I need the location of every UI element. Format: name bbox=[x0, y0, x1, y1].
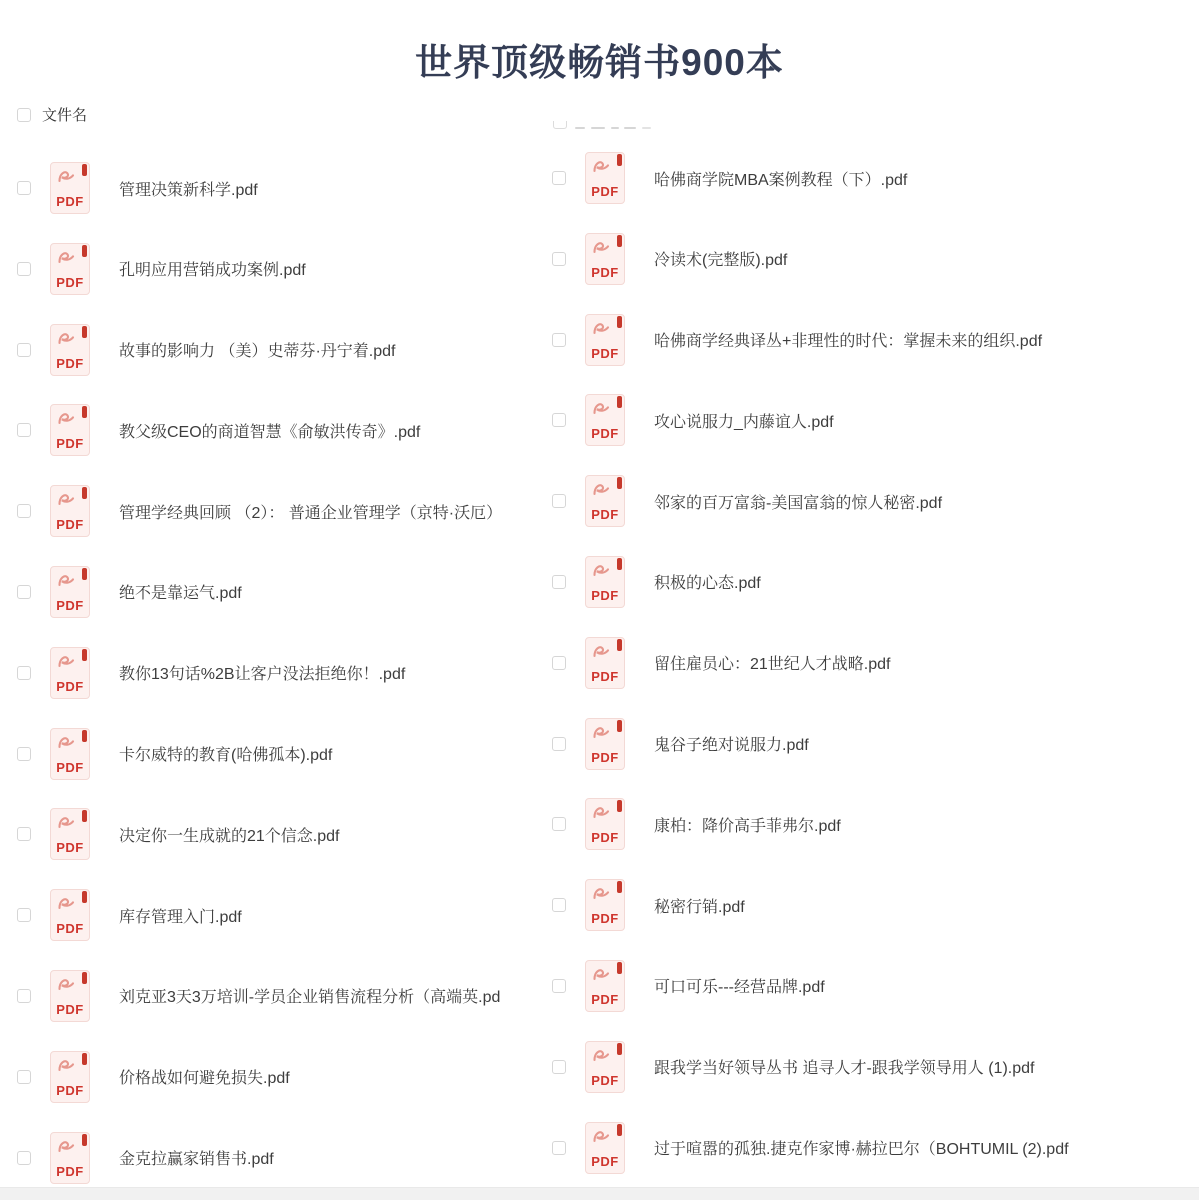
pdf-file-icon: PDF bbox=[585, 394, 625, 446]
file-checkbox[interactable] bbox=[17, 1151, 31, 1165]
pdf-file-icon: PDF bbox=[585, 960, 625, 1012]
pdf-file-icon: PDF bbox=[50, 728, 90, 780]
select-all-checkbox[interactable] bbox=[17, 108, 31, 122]
file-checkbox[interactable] bbox=[17, 343, 31, 357]
file-row[interactable]: PDF 故事的影响力 （美）史蒂芬·丹宁着.pdf bbox=[17, 324, 540, 376]
file-row[interactable]: PDF 管理决策新科学.pdf bbox=[17, 162, 540, 214]
pdf-icon-label: PDF bbox=[51, 760, 89, 775]
file-name[interactable]: 过于喧嚣的孤独.捷克作家博·赫拉巴尔（BOHTUMIL (2).pdf bbox=[654, 1136, 1199, 1159]
pdf-file-icon: PDF bbox=[585, 556, 625, 608]
acrobat-swirl-icon bbox=[592, 1128, 610, 1143]
pdf-icon-label: PDF bbox=[51, 436, 89, 451]
pdf-file-icon: PDF bbox=[50, 324, 90, 376]
file-checkbox[interactable] bbox=[17, 747, 31, 761]
pdf-icon-label: PDF bbox=[586, 426, 624, 441]
file-row[interactable]: PDF 教父级CEO的商道智慧《俞敏洪传奇》.pdf bbox=[17, 404, 540, 456]
clipped-text-fragment bbox=[611, 127, 619, 129]
file-checkbox[interactable] bbox=[552, 898, 566, 912]
bookmark-corner-icon bbox=[82, 1053, 87, 1065]
bookmark-corner-icon bbox=[82, 326, 87, 338]
pdf-icon-label: PDF bbox=[51, 679, 89, 694]
file-row[interactable]: PDF 管理学经典回顾 （2）： 普通企业管理学（京特·沃厄） bbox=[17, 485, 540, 537]
file-name[interactable]: 管理学经典回顾 （2）： 普通企业管理学（京特·沃厄） bbox=[119, 500, 540, 523]
pdf-icon-label: PDF bbox=[586, 1154, 624, 1169]
pdf-file-icon: PDF bbox=[585, 798, 625, 850]
file-name[interactable]: 冷读术(完整版).pdf bbox=[654, 247, 1199, 270]
file-name[interactable]: 故事的影响力 （美）史蒂芬·丹宁着.pdf bbox=[119, 338, 540, 361]
filename-column-header: 文件名 bbox=[42, 104, 87, 125]
file-row[interactable]: PDF 决定你一生成就的21个信念.pdf bbox=[17, 808, 540, 860]
file-row[interactable]: PDF 价格战如何避免损失.pdf bbox=[17, 1051, 540, 1103]
pdf-file-icon: PDF bbox=[50, 808, 90, 860]
file-checkbox[interactable] bbox=[552, 575, 566, 589]
pdf-icon-label: PDF bbox=[51, 840, 89, 855]
acrobat-swirl-icon bbox=[592, 1047, 610, 1062]
pdf-icon-label: PDF bbox=[586, 992, 624, 1007]
file-name[interactable]: 攻心说服力_内藤谊人.pdf bbox=[654, 409, 1199, 432]
file-row[interactable]: PDF 跟我学当好领导丛书 追寻人才-跟我学领导用人 (1).pdf bbox=[552, 1041, 1199, 1093]
file-name[interactable]: 教父级CEO的商道智慧《俞敏洪传奇》.pdf bbox=[119, 419, 540, 442]
acrobat-swirl-icon bbox=[57, 572, 75, 587]
acrobat-swirl-icon bbox=[57, 330, 75, 345]
file-checkbox[interactable] bbox=[552, 494, 566, 508]
file-name[interactable]: 教你13句话%2B让客户没法拒绝你！.pdf bbox=[119, 661, 540, 684]
acrobat-swirl-icon bbox=[592, 804, 610, 819]
pdf-file-icon: PDF bbox=[50, 243, 90, 295]
bookmark-corner-icon bbox=[617, 235, 622, 247]
file-row[interactable]: PDF 卡尔威特的教育(哈佛孤本).pdf bbox=[17, 728, 540, 780]
pdf-icon-label: PDF bbox=[51, 1164, 89, 1179]
acrobat-swirl-icon bbox=[57, 410, 75, 425]
bookmark-corner-icon bbox=[617, 396, 622, 408]
pdf-icon-label: PDF bbox=[586, 346, 624, 361]
acrobat-swirl-icon bbox=[592, 481, 610, 496]
acrobat-swirl-icon bbox=[57, 168, 75, 183]
pdf-file-icon: PDF bbox=[50, 1132, 90, 1184]
acrobat-swirl-icon bbox=[57, 1057, 75, 1072]
file-list-right-column: PDF 哈佛商学院MBA案例教程（下）.pdf PDF 冷读术(完整版).pdf… bbox=[552, 152, 1199, 1174]
pdf-icon-label: PDF bbox=[51, 194, 89, 209]
bookmark-corner-icon bbox=[617, 1124, 622, 1136]
bookmark-corner-icon bbox=[82, 1134, 87, 1146]
bookmark-corner-icon bbox=[82, 164, 87, 176]
bookmark-corner-icon bbox=[617, 477, 622, 489]
pdf-file-icon: PDF bbox=[50, 1051, 90, 1103]
pdf-file-icon: PDF bbox=[585, 879, 625, 931]
pdf-icon-label: PDF bbox=[51, 1083, 89, 1098]
pdf-file-icon: PDF bbox=[585, 718, 625, 770]
pdf-file-icon: PDF bbox=[50, 485, 90, 537]
file-name[interactable]: 邻家的百万富翁-美国富翁的惊人秘密.pdf bbox=[654, 490, 1199, 513]
pdf-file-icon: PDF bbox=[50, 162, 90, 214]
clipped-text-fragment bbox=[642, 127, 651, 129]
bookmark-corner-icon bbox=[82, 487, 87, 499]
file-name[interactable]: 刘克亚3天3万培训-学员企业销售流程分析（高端英.pd bbox=[119, 984, 540, 1007]
pdf-file-icon: PDF bbox=[585, 637, 625, 689]
file-row[interactable]: PDF 绝不是靠运气.pdf bbox=[17, 566, 540, 618]
bookmark-corner-icon bbox=[617, 881, 622, 893]
file-name[interactable]: 金克拉赢家销售书.pdf bbox=[119, 1146, 540, 1169]
acrobat-swirl-icon bbox=[592, 320, 610, 335]
bookmark-corner-icon bbox=[617, 558, 622, 570]
file-checkbox[interactable] bbox=[552, 1141, 566, 1155]
file-name[interactable]: 留住雇员心：21世纪人才战略.pdf bbox=[654, 651, 1199, 674]
file-row[interactable]: PDF 积极的心态.pdf bbox=[552, 556, 1199, 608]
bookmark-corner-icon bbox=[82, 649, 87, 661]
acrobat-swirl-icon bbox=[57, 653, 75, 668]
file-name[interactable]: 哈佛商学院MBA案例教程（下）.pdf bbox=[654, 167, 1199, 190]
file-name[interactable]: 库存管理入门.pdf bbox=[119, 904, 540, 927]
pdf-icon-label: PDF bbox=[586, 184, 624, 199]
pdf-icon-label: PDF bbox=[51, 598, 89, 613]
file-checkbox[interactable] bbox=[552, 1060, 566, 1074]
bookmark-corner-icon bbox=[617, 720, 622, 732]
file-checkbox[interactable] bbox=[552, 817, 566, 831]
file-row[interactable]: PDF 留住雇员心：21世纪人才战略.pdf bbox=[552, 637, 1199, 689]
acrobat-swirl-icon bbox=[592, 562, 610, 577]
file-row[interactable]: PDF 哈佛商学经典译丛+非理性的时代：掌握未来的组织.pdf bbox=[552, 314, 1199, 366]
pdf-icon-label: PDF bbox=[586, 1073, 624, 1088]
file-row[interactable]: PDF 哈佛商学院MBA案例教程（下）.pdf bbox=[552, 152, 1199, 204]
pdf-file-icon: PDF bbox=[50, 404, 90, 456]
acrobat-swirl-icon bbox=[592, 239, 610, 254]
file-checkbox[interactable] bbox=[17, 989, 31, 1003]
pdf-file-icon: PDF bbox=[50, 970, 90, 1022]
acrobat-swirl-icon bbox=[592, 724, 610, 739]
acrobat-swirl-icon bbox=[57, 976, 75, 991]
pdf-icon-label: PDF bbox=[586, 669, 624, 684]
bookmark-corner-icon bbox=[82, 972, 87, 984]
file-checkbox[interactable] bbox=[17, 262, 31, 276]
clipped-text-fragment bbox=[591, 127, 605, 129]
file-row[interactable]: PDF 攻心说服力_内藤谊人.pdf bbox=[552, 394, 1199, 446]
file-row[interactable]: PDF 冷读术(完整版).pdf bbox=[552, 233, 1199, 285]
pdf-icon-label: PDF bbox=[586, 830, 624, 845]
file-name[interactable]: 价格战如何避免损失.pdf bbox=[119, 1065, 540, 1088]
page-title: 世界顶级畅销书900本 bbox=[0, 32, 1199, 86]
clipped-checkbox bbox=[553, 121, 567, 129]
clipped-text-fragment bbox=[624, 127, 636, 129]
file-checkbox[interactable] bbox=[552, 252, 566, 266]
pdf-icon-label: PDF bbox=[586, 507, 624, 522]
pdf-icon-label: PDF bbox=[51, 275, 89, 290]
file-name[interactable]: 秘密行销.pdf bbox=[654, 894, 1199, 917]
file-checkbox[interactable] bbox=[17, 423, 31, 437]
file-name[interactable]: 孔明应用营销成功案例.pdf bbox=[119, 257, 540, 280]
bookmark-corner-icon bbox=[82, 810, 87, 822]
file-checkbox[interactable] bbox=[17, 1070, 31, 1084]
file-row[interactable]: PDF 康柏：降价高手菲弗尔.pdf bbox=[552, 798, 1199, 850]
acrobat-swirl-icon bbox=[592, 158, 610, 173]
file-row[interactable]: PDF 刘克亚3天3万培训-学员企业销售流程分析（高端英.pd bbox=[17, 970, 540, 1022]
pdf-file-icon: PDF bbox=[585, 233, 625, 285]
file-checkbox[interactable] bbox=[552, 413, 566, 427]
acrobat-swirl-icon bbox=[57, 734, 75, 749]
pdf-icon-label: PDF bbox=[51, 1002, 89, 1017]
pdf-file-icon: PDF bbox=[50, 566, 90, 618]
file-checkbox[interactable] bbox=[552, 333, 566, 347]
acrobat-swirl-icon bbox=[57, 249, 75, 264]
pdf-icon-label: PDF bbox=[51, 517, 89, 532]
file-row[interactable]: PDF 秘密行销.pdf bbox=[552, 879, 1199, 931]
file-row[interactable]: PDF 邻家的百万富翁-美国富翁的惊人秘密.pdf bbox=[552, 475, 1199, 527]
file-row[interactable]: PDF 孔明应用营销成功案例.pdf bbox=[17, 243, 540, 295]
bookmark-corner-icon bbox=[82, 406, 87, 418]
file-checkbox[interactable] bbox=[17, 908, 31, 922]
pdf-icon-label: PDF bbox=[51, 921, 89, 936]
file-checkbox[interactable] bbox=[552, 979, 566, 993]
acrobat-swirl-icon bbox=[592, 400, 610, 415]
pdf-file-icon: PDF bbox=[585, 1122, 625, 1174]
clipped-text-fragment bbox=[575, 127, 585, 129]
file-checkbox[interactable] bbox=[17, 504, 31, 518]
file-row[interactable]: PDF 金克拉赢家销售书.pdf bbox=[17, 1132, 540, 1184]
bookmark-corner-icon bbox=[617, 800, 622, 812]
file-name[interactable]: 哈佛商学经典译丛+非理性的时代：掌握未来的组织.pdf bbox=[654, 328, 1199, 351]
file-name[interactable]: 鬼谷子绝对说服力.pdf bbox=[654, 732, 1199, 755]
bookmark-corner-icon bbox=[82, 730, 87, 742]
file-row[interactable]: PDF 教你13句话%2B让客户没法拒绝你！.pdf bbox=[17, 647, 540, 699]
acrobat-swirl-icon bbox=[592, 966, 610, 981]
file-row[interactable]: PDF 可口可乐---经营品牌.pdf bbox=[552, 960, 1199, 1012]
bookmark-corner-icon bbox=[82, 245, 87, 257]
pdf-file-icon: PDF bbox=[585, 1041, 625, 1093]
file-name[interactable]: 跟我学当好领导丛书 追寻人才-跟我学领导用人 (1).pdf bbox=[654, 1055, 1199, 1078]
file-checkbox[interactable] bbox=[552, 656, 566, 670]
pdf-file-icon: PDF bbox=[585, 314, 625, 366]
bookmark-corner-icon bbox=[617, 639, 622, 651]
acrobat-swirl-icon bbox=[57, 1138, 75, 1153]
file-name[interactable]: 可口可乐---经营品牌.pdf bbox=[654, 974, 1199, 997]
acrobat-swirl-icon bbox=[57, 814, 75, 829]
acrobat-swirl-icon bbox=[592, 885, 610, 900]
bookmark-corner-icon bbox=[617, 962, 622, 974]
file-checkbox[interactable] bbox=[17, 181, 31, 195]
pdf-file-icon: PDF bbox=[50, 889, 90, 941]
file-name[interactable]: 积极的心态.pdf bbox=[654, 570, 1199, 593]
acrobat-swirl-icon bbox=[592, 643, 610, 658]
page-bottom-edge bbox=[0, 1187, 1199, 1200]
file-list-left-column: PDF 管理决策新科学.pdf PDF 孔明应用营销成功案例.pdf PDF 故… bbox=[17, 162, 540, 1184]
file-checkbox[interactable] bbox=[552, 171, 566, 185]
select-all-row: 文件名 bbox=[17, 104, 87, 125]
file-row[interactable]: PDF 过于喧嚣的孤独.捷克作家博·赫拉巴尔（BOHTUMIL (2).pdf bbox=[552, 1122, 1199, 1174]
file-row[interactable]: PDF 库存管理入门.pdf bbox=[17, 889, 540, 941]
file-name[interactable]: 绝不是靠运气.pdf bbox=[119, 580, 540, 603]
pdf-icon-label: PDF bbox=[586, 588, 624, 603]
file-name[interactable]: 卡尔威特的教育(哈佛孤本).pdf bbox=[119, 742, 540, 765]
bookmark-corner-icon bbox=[82, 891, 87, 903]
file-row[interactable]: PDF 鬼谷子绝对说服力.pdf bbox=[552, 718, 1199, 770]
bookmark-corner-icon bbox=[82, 568, 87, 580]
file-name[interactable]: 决定你一生成就的21个信念.pdf bbox=[119, 823, 540, 846]
file-checkbox[interactable] bbox=[17, 827, 31, 841]
bookmark-corner-icon bbox=[617, 1043, 622, 1055]
bookmark-corner-icon bbox=[617, 316, 622, 328]
bookmark-corner-icon bbox=[617, 154, 622, 166]
file-name[interactable]: 管理决策新科学.pdf bbox=[119, 177, 540, 200]
pdf-icon-label: PDF bbox=[586, 265, 624, 280]
file-checkbox[interactable] bbox=[17, 585, 31, 599]
file-name[interactable]: 康柏：降价高手菲弗尔.pdf bbox=[654, 813, 1199, 836]
pdf-file-icon: PDF bbox=[585, 152, 625, 204]
pdf-file-icon: PDF bbox=[585, 475, 625, 527]
pdf-file-icon: PDF bbox=[50, 647, 90, 699]
file-checkbox[interactable] bbox=[552, 737, 566, 751]
acrobat-swirl-icon bbox=[57, 491, 75, 506]
pdf-icon-label: PDF bbox=[586, 911, 624, 926]
pdf-icon-label: PDF bbox=[51, 356, 89, 371]
file-checkbox[interactable] bbox=[17, 666, 31, 680]
acrobat-swirl-icon bbox=[57, 895, 75, 910]
pdf-icon-label: PDF bbox=[586, 750, 624, 765]
